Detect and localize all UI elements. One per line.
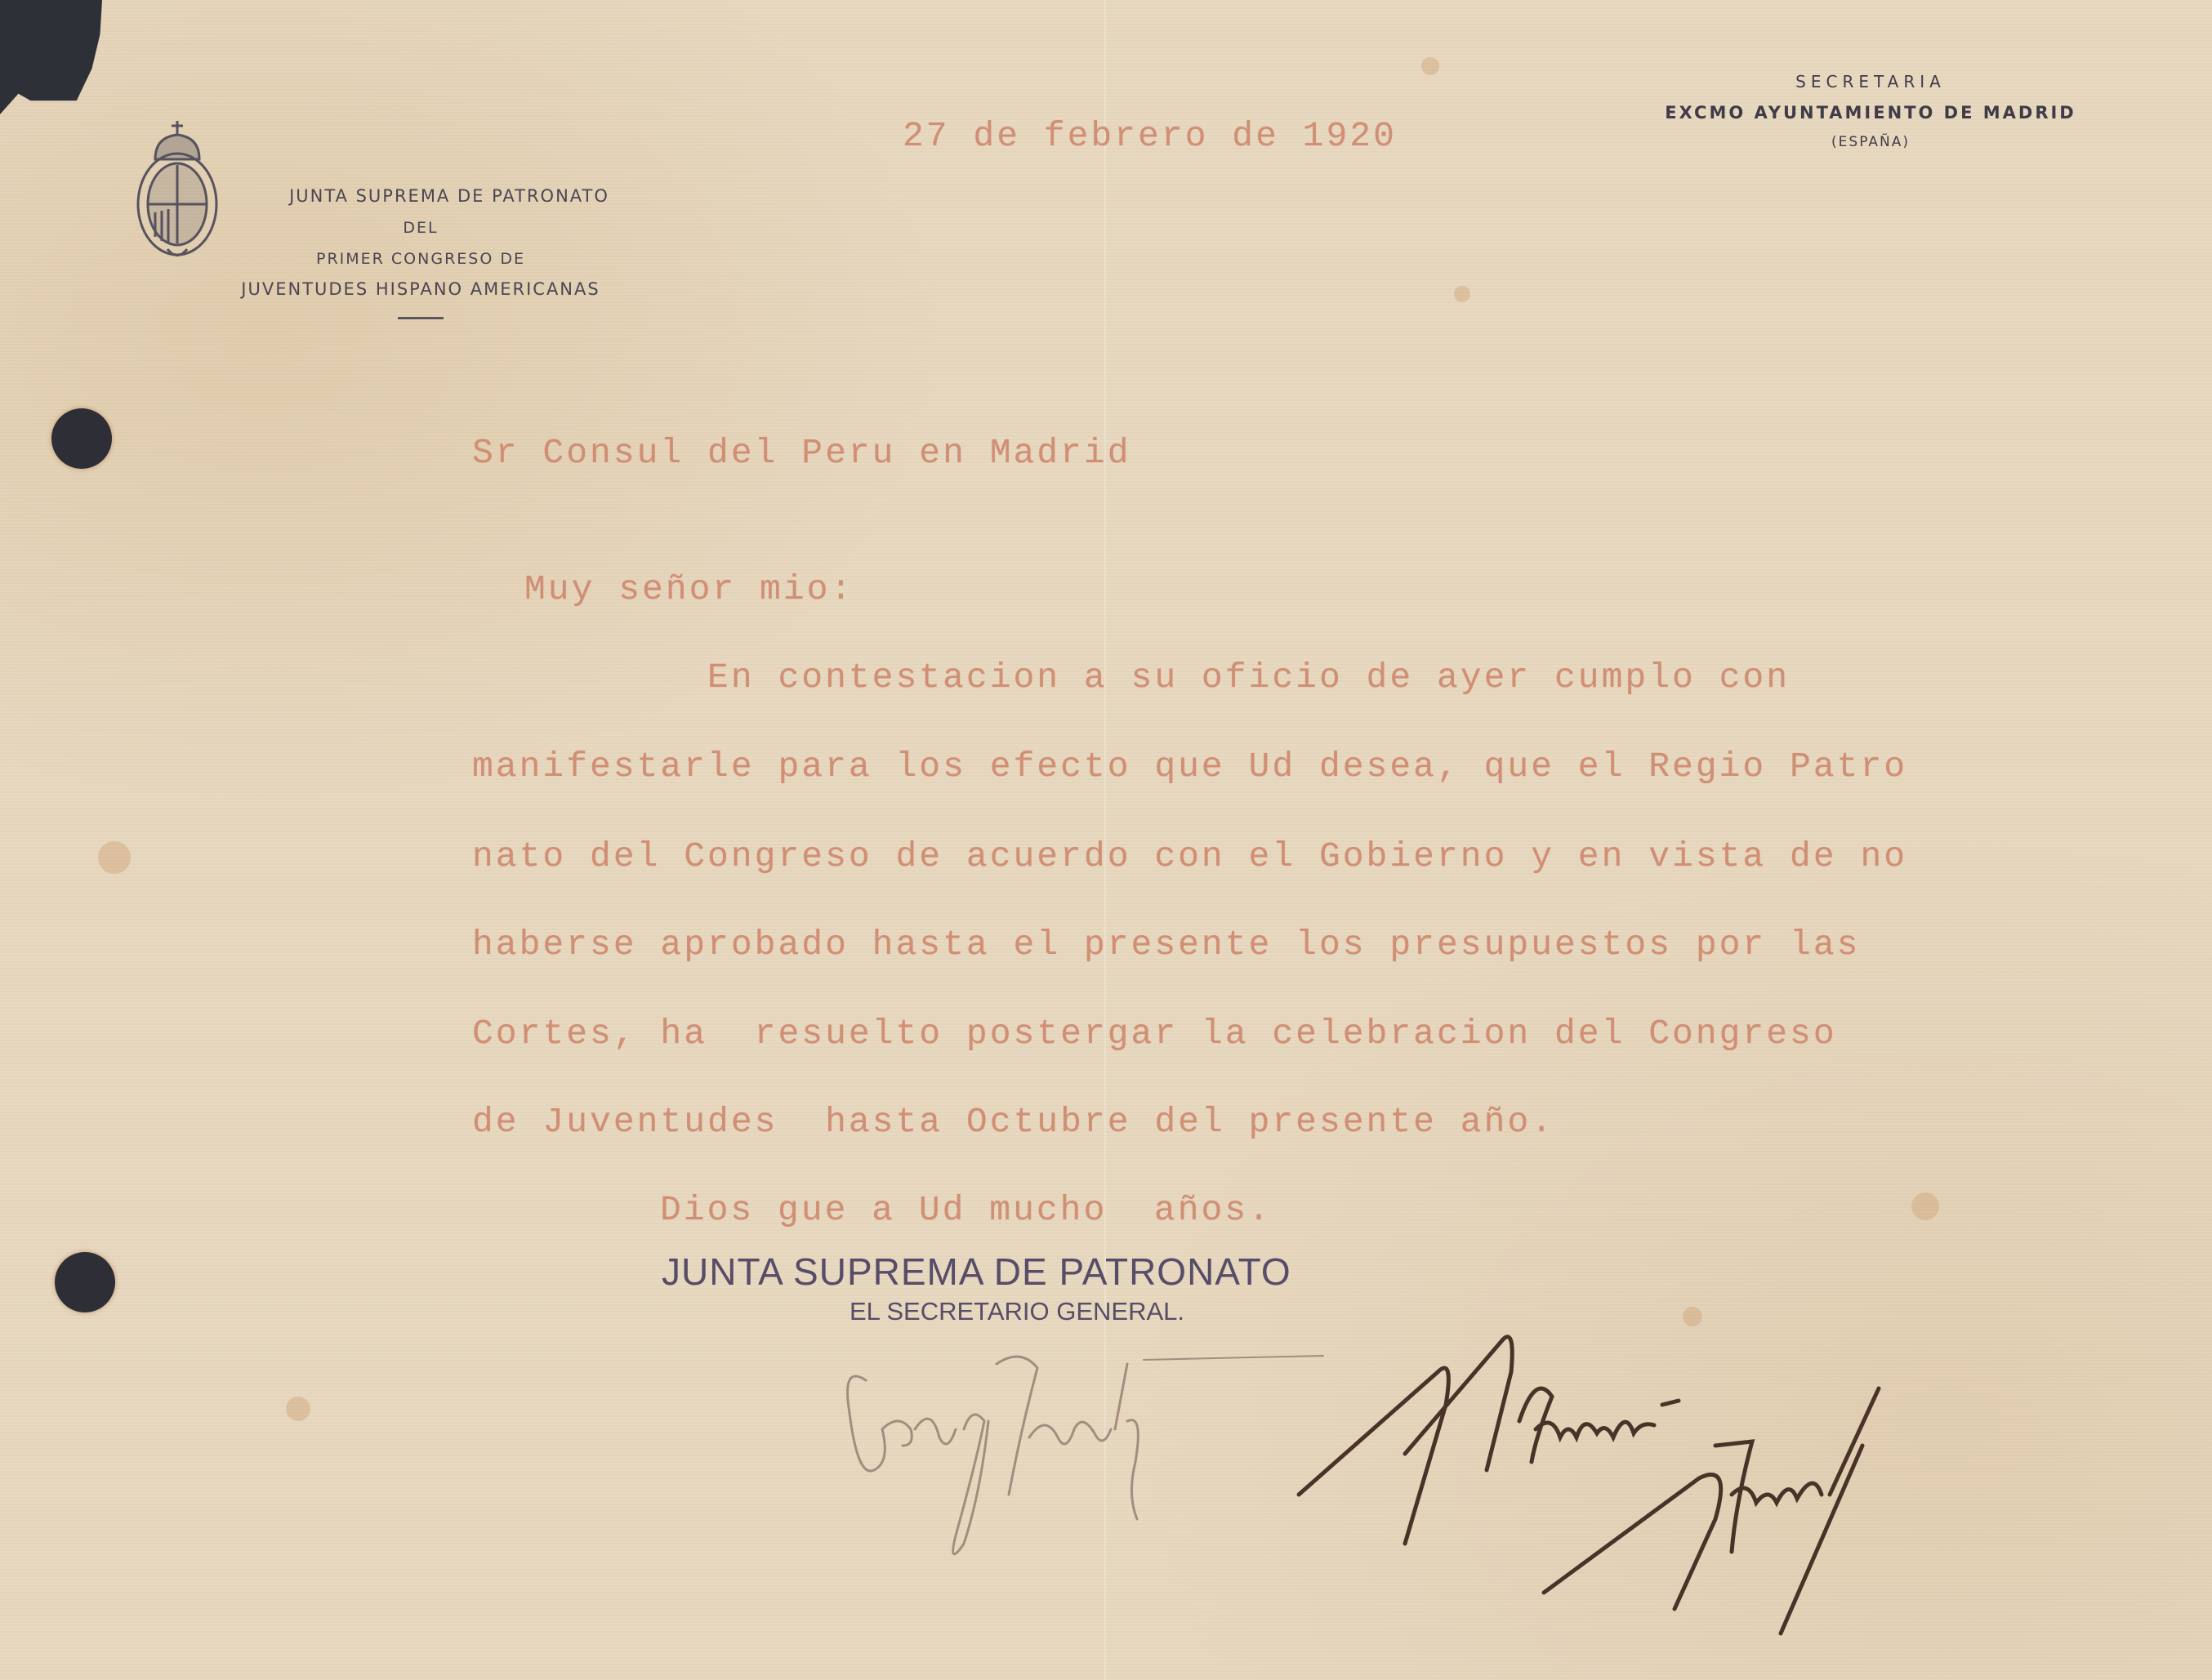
- punch-hole: [55, 1252, 115, 1312]
- punch-hole: [51, 408, 112, 469]
- foxing-spot: [286, 1397, 310, 1421]
- letter-date: 27 de febrero de 1920: [903, 116, 1397, 156]
- letterhead-del: DEL: [188, 219, 653, 237]
- letterhead-secretaria: SECRETARIA: [1634, 72, 2107, 91]
- official-stamp: JUNTA SUPREMA DE PATRONATO EL SECRETARIO…: [662, 1250, 1291, 1326]
- foxing-spot: [1454, 286, 1470, 302]
- letterhead-country: (ESPAÑA): [1634, 134, 2107, 150]
- body-line: nato del Congreso de acuerdo con el Gobi…: [472, 836, 1907, 876]
- letterhead-ayuntamiento: EXCMO AYUNTAMIENTO DE MADRID: [1634, 103, 2107, 123]
- foxing-spot: [1911, 1192, 1939, 1220]
- stamp-title: EL SECRETARIO GENERAL.: [850, 1297, 1291, 1326]
- ornamental-rule: [398, 317, 444, 319]
- letterhead-org-name: JUNTA SUPREMA DE PATRONATO: [245, 186, 653, 206]
- letter-closing: Dios gue a Ud mucho años.: [660, 1190, 1272, 1230]
- signature-secretary: [833, 1331, 1340, 1584]
- body-line: de Juventudes hasta Octubre del presente…: [472, 1102, 1554, 1142]
- body-line: manifestarle para los efecto que Ud dese…: [472, 746, 1907, 787]
- letterhead-youth: JUVENTUDES HISPANO AMERICANAS: [188, 279, 653, 299]
- letter-addressee: Sr Consul del Peru en Madrid: [472, 433, 1131, 473]
- stamp-org-name: JUNTA SUPREMA DE PATRONATO: [662, 1250, 1291, 1294]
- signature-president: [1291, 1323, 2058, 1650]
- letterhead-congress: PRIMER CONGRESO DE: [188, 250, 653, 268]
- letterhead-left: JUNTA SUPREMA DE PATRONATO DEL PRIMER CO…: [188, 186, 653, 319]
- foxing-spot: [1421, 57, 1439, 75]
- body-line: En contestacion a su oficio de ayer cump…: [472, 657, 1790, 697]
- letterhead-right: SECRETARIA EXCMO AYUNTAMIENTO DE MADRID …: [1634, 72, 2107, 150]
- letter-salutation: Muy señor mio:: [524, 569, 854, 609]
- torn-corner: [0, 0, 102, 114]
- body-line: haberse aprobado hasta el presente los p…: [472, 925, 1860, 965]
- foxing-spot: [98, 841, 131, 874]
- body-line: Cortes, ha resuelto postergar la celebra…: [472, 1014, 1837, 1054]
